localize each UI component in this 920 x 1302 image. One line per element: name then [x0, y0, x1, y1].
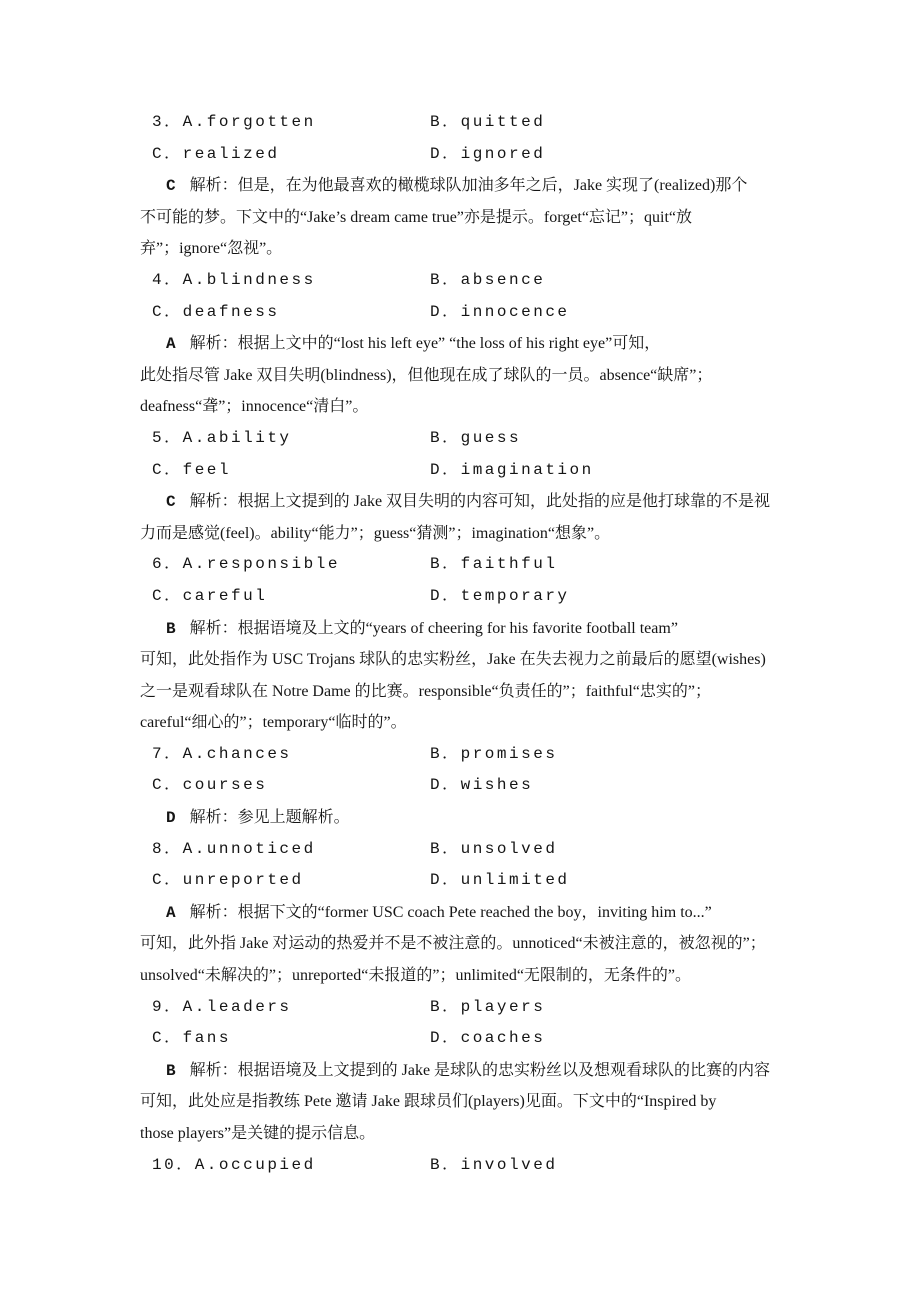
analysis-line: 此处指尽管 Jake 双目失明(blindness)，但他现在成了球队的一员。a…	[140, 360, 820, 392]
answer-letter: B	[166, 1062, 176, 1080]
option-cell-left: 3．A.forgotten	[152, 107, 430, 139]
document-page: 3．A.forgottenB．quittedC．realizedD．ignore…	[0, 0, 920, 1302]
answer-letter: C	[166, 493, 176, 511]
question-options-row: 9．A.leadersB．players	[140, 992, 820, 1024]
answer-letter: D	[166, 809, 176, 827]
option-cell-left: 7．A.chances	[152, 739, 430, 771]
option-cell-right: B．absence	[430, 265, 820, 297]
analysis-line: unsolved“未解决的”；unreported“未报道的”；unlimite…	[140, 960, 820, 992]
option-cell-left: C．realized	[152, 139, 430, 171]
option-cell-right: B．faithful	[430, 549, 820, 581]
analysis-first-line: A解析：根据下文的“former USC coach Pete reached …	[140, 897, 820, 929]
option-cell-left: 10．A.occupied	[152, 1150, 430, 1182]
question-options-row: 8．A.unnoticedB．unsolved	[140, 834, 820, 866]
question-options-row: C．realizedD．ignored	[140, 139, 820, 171]
option-cell-left: C．careful	[152, 581, 430, 613]
analysis-first-line: C解析：根据上文提到的 Jake 双目失明的内容可知，此处指的应是他打球靠的不是…	[140, 486, 820, 518]
analysis-line: 可知，此处指作为 USC Trojans 球队的忠实粉丝，Jake 在失去视力之…	[140, 644, 820, 676]
question-options-row: C．deafnessD．innocence	[140, 297, 820, 329]
question-options-row: 7．A.chancesB．promises	[140, 739, 820, 771]
option-cell-right: D．innocence	[430, 297, 820, 329]
analysis-first-line: B解析：根据语境及上文的“years of cheering for his f…	[140, 613, 820, 645]
answer-letter: C	[166, 177, 176, 195]
answer-letter: A	[166, 335, 176, 353]
question-options-row: 5．A.abilityB．guess	[140, 423, 820, 455]
option-cell-right: B．promises	[430, 739, 820, 771]
analysis-first-line: B解析：根据语境及上文提到的 Jake 是球队的忠实粉丝以及想观看球队的比赛的内…	[140, 1055, 820, 1087]
option-cell-right: B．players	[430, 992, 820, 1024]
option-cell-left: 8．A.unnoticed	[152, 834, 430, 866]
question-options-row: C．feelD．imagination	[140, 455, 820, 487]
analysis-label: 解析：	[190, 809, 238, 826]
analysis-line: 可知，此外指 Jake 对运动的热爱并不是不被注意的。unnoticed“未被注…	[140, 928, 820, 960]
question-options-row: C．carefulD．temporary	[140, 581, 820, 613]
answer-letter: B	[166, 620, 176, 638]
analysis-label: 解析：	[190, 177, 238, 194]
option-cell-right: D．wishes	[430, 770, 820, 802]
analysis-first-line: D解析：参见上题解析。	[140, 802, 820, 834]
option-cell-left: 6．A.responsible	[152, 549, 430, 581]
analysis-label: 解析：	[190, 335, 238, 352]
option-cell-right: D．temporary	[430, 581, 820, 613]
analysis-text: 根据上文提到的 Jake 双目失明的内容可知，此处指的应是他打球靠的不是视	[238, 493, 770, 510]
option-cell-left: 5．A.ability	[152, 423, 430, 455]
analysis-label: 解析：	[190, 1062, 238, 1079]
option-cell-left: C．feel	[152, 455, 430, 487]
analysis-line: careful“细心的”；temporary“临时的”。	[140, 707, 820, 739]
option-cell-left: 9．A.leaders	[152, 992, 430, 1024]
analysis-first-line: A解析：根据上文中的“lost his left eye” “the loss …	[140, 328, 820, 360]
analysis-text: 根据语境及上文提到的 Jake 是球队的忠实粉丝以及想观看球队的比赛的内容	[238, 1062, 770, 1079]
option-cell-right: B．guess	[430, 423, 820, 455]
option-cell-right: D．ignored	[430, 139, 820, 171]
option-cell-left: C．courses	[152, 770, 430, 802]
option-cell-right: D．coaches	[430, 1023, 820, 1055]
analysis-line: 弃”；ignore“忽视”。	[140, 233, 820, 265]
question-options-row: 10．A.occupiedB．involved	[140, 1150, 820, 1182]
question-options-row: 4．A.blindnessB．absence	[140, 265, 820, 297]
analysis-label: 解析：	[190, 904, 238, 921]
question-options-row: 3．A.forgottenB．quitted	[140, 107, 820, 139]
option-cell-right: B．unsolved	[430, 834, 820, 866]
option-cell-right: B．quitted	[430, 107, 820, 139]
answer-key-content: 3．A.forgottenB．quittedC．realizedD．ignore…	[140, 107, 820, 1181]
option-cell-right: D．unlimited	[430, 865, 820, 897]
analysis-line: deafness“聋”；innocence“清白”。	[140, 391, 820, 423]
analysis-text: 根据语境及上文的“years of cheering for his favor…	[238, 620, 678, 637]
analysis-text: 根据下文的“former USC coach Pete reached the …	[238, 904, 712, 921]
analysis-text: 参见上题解析。	[238, 809, 350, 826]
option-cell-left: 4．A.blindness	[152, 265, 430, 297]
question-options-row: 6．A.responsibleB．faithful	[140, 549, 820, 581]
option-cell-right: D．imagination	[430, 455, 820, 487]
analysis-line: 可知，此处应是指教练 Pete 邀请 Jake 跟球员们(players)见面。…	[140, 1086, 820, 1118]
analysis-line: 力而是感觉(feel)。ability“能力”；guess“猜测”；imagin…	[140, 518, 820, 550]
analysis-text: 根据上文中的“lost his left eye” “the loss of h…	[238, 335, 661, 352]
question-options-row: C．fansD．coaches	[140, 1023, 820, 1055]
analysis-line: 之一是观看球队在 Notre Dame 的比赛。responsible“负责任的…	[140, 676, 820, 708]
analysis-first-line: C解析：但是，在为他最喜欢的橄榄球队加油多年之后，Jake 实现了(realiz…	[140, 170, 820, 202]
answer-letter: A	[166, 904, 176, 922]
option-cell-left: C．fans	[152, 1023, 430, 1055]
option-cell-left: C．unreported	[152, 865, 430, 897]
analysis-line: those players”是关键的提示信息。	[140, 1118, 820, 1150]
question-options-row: C．unreportedD．unlimited	[140, 865, 820, 897]
analysis-text: 但是，在为他最喜欢的橄榄球队加油多年之后，Jake 实现了(realized)那…	[238, 177, 748, 194]
analysis-label: 解析：	[190, 620, 238, 637]
analysis-line: 不可能的梦。下文中的“Jake’s dream came true”亦是提示。f…	[140, 202, 820, 234]
question-options-row: C．coursesD．wishes	[140, 770, 820, 802]
analysis-label: 解析：	[190, 493, 238, 510]
option-cell-right: B．involved	[430, 1150, 820, 1182]
option-cell-left: C．deafness	[152, 297, 430, 329]
